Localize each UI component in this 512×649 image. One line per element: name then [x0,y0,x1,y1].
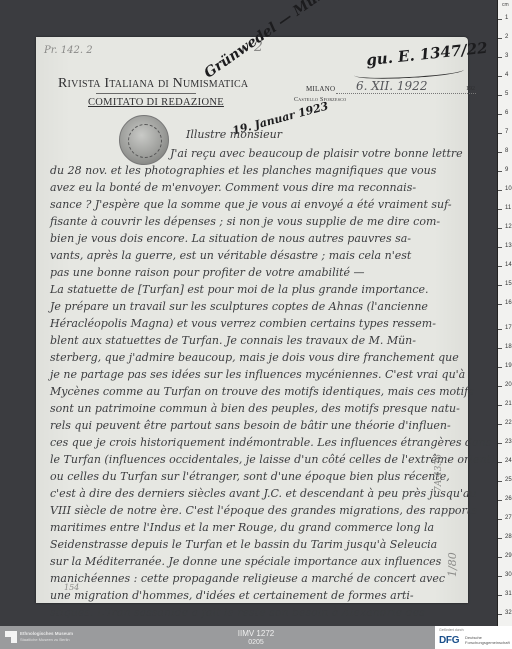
seal-area [36,111,236,171]
body-line: Mycènes comme au Turfan on trouve des mo… [50,385,474,398]
body-line: Je prépare un travail sur les sculptures… [50,300,428,313]
date-line [336,93,476,94]
ruler-tick: 29 [505,553,512,559]
archive-note: Pr. 142. 2 [44,45,93,56]
body-line: rels qui peuvent être partout sans besoi… [50,419,451,432]
ruler-tick: 18 [505,344,512,350]
ruler-tick: 30 [505,572,512,578]
ruler-tick: 5 [505,91,508,97]
ruler-tick: 12 [505,224,512,230]
ruler-tick: 21 [505,401,512,407]
body-line: Seidenstrasse depuis le Turfan et le bas… [50,538,437,551]
ruler-tick: 6 [505,110,508,116]
ruler-tick: 9 [505,167,508,173]
body-line: maritimes entre l'Indus et la mer Rouge,… [50,521,434,534]
coin-seal-icon [119,115,169,165]
letterhead-committee: Comitato di Redazione [88,97,224,108]
body-line: je ne partage pas ses idées sur les infl… [50,368,465,381]
body-line: sance ? J'espère que la somme que je vou… [50,198,452,211]
body-line: ou celles du Turfan sur l'étranger, sont… [50,470,450,483]
body-line: Héracléopolis Magna) et vous verrez comb… [50,317,436,330]
ruler-tick: 13 [505,243,512,249]
ruler-tick: 32 [505,610,512,616]
letter-date: 6. XII. 1922 [356,79,427,93]
letterhead-place: Milano [306,85,335,93]
letterhead-title: Rivista Italiana di Numismatica [58,75,248,92]
body-line: stiques. L'Iran sassanide a fait le rest… [50,606,425,619]
body-line: sur la Méditerranée. Je donne une spécia… [50,555,441,568]
body-line: du 28 nov. et les photographies et les p… [50,164,436,177]
body-line: c'est à dire des derniers siècles avant … [50,487,477,500]
ruler-tick: 20 [505,382,512,388]
ruler-tick: 19 [505,363,512,369]
body-line: manichéennes : cette propagande religieu… [50,572,445,585]
measurement-ruler: cm 1 2 3 4 5 6 7 8 9 10 11 12 13 14 15 1… [497,0,512,626]
ruler-tick: 22 [505,420,512,426]
body-line: fisante à couvrir les dépenses ; si non … [50,215,440,228]
body-line: pas une bonne raison pour profiter de vo… [50,266,365,279]
funder-name-line2: Forschungsgemeinschaft [465,640,510,645]
ruler-tick: 15 [505,281,512,287]
ruler-tick: 24 [505,458,512,464]
body-line: sont un patrimoine commun à bien des peu… [50,402,460,415]
body-line: ces que je crois historiquement indémont… [50,436,491,449]
body-line: bien je vous dois encore. La situation d… [50,232,411,245]
ruler-tick: 16 [505,300,512,306]
body-line: sterberg, que j'admire beaucoup, mais je… [50,351,459,364]
ruler-tick: 26 [505,496,512,502]
body-line: avez eu la bonté de m'envoyer. Comment v… [50,181,416,194]
ruler-tick: 31 [505,591,512,597]
margin-stamp-number: 7A 4336 [434,454,444,492]
letter-sheet: Pr. 142. 2 2 Rivista Italiana di Numisma… [36,37,468,603]
margin-pencil-note: 1/80 [446,552,459,577]
folio-number: 154 [64,583,79,592]
body-line: J'ai reçu avec beaucoup de plaisir votre… [170,147,463,160]
scan-viewport: Pr. 142. 2 2 Rivista Italiana di Numisma… [0,0,497,626]
body-line: La statuette de [Turfan] est pour moi de… [50,283,429,296]
ruler-tick: 8 [505,148,508,154]
dfg-logo-icon: DFG [439,635,459,646]
body-line: le Turfan (influences occidentales, je l… [50,453,495,466]
ruler-tick: 28 [505,534,512,540]
salutation: Illustre monsieur [186,128,282,141]
ruler-unit: cm [502,2,509,8]
body-line: vants, après la guerre, est un véritable… [50,249,411,262]
ruler-tick: 11 [505,205,511,211]
footer-bar: Ethnologisches Museum Staatliche Museen … [0,626,512,649]
ruler-tick: 3 [505,53,508,59]
funder-logo: Gefördert durch DFG Deutsche Forschungsg… [435,626,512,649]
ruler-tick: 10 [505,186,512,192]
letterhead-divider [96,93,196,94]
funder-label: Gefördert durch [439,628,464,632]
ruler-tick: 4 [505,72,508,78]
body-line: une migration d'hommes, d'idées et certa… [50,589,414,602]
ruler-tick: 27 [505,515,512,521]
ruler-tick: 14 [505,262,512,268]
ruler-tick: 1 [505,15,508,21]
ruler-tick: 7 [505,129,508,135]
ruler-tick: 17 [505,325,512,331]
body-line: blent aux statuettes de Turfan. Je conna… [50,334,416,347]
body-line: VIII siècle de notre ère. C'est l'époque… [50,504,477,517]
ruler-tick: 25 [505,477,512,483]
ruler-tick: 23 [505,439,512,445]
ruler-tick: 2 [505,34,508,40]
year-prefix-printed: 192 [466,86,475,92]
